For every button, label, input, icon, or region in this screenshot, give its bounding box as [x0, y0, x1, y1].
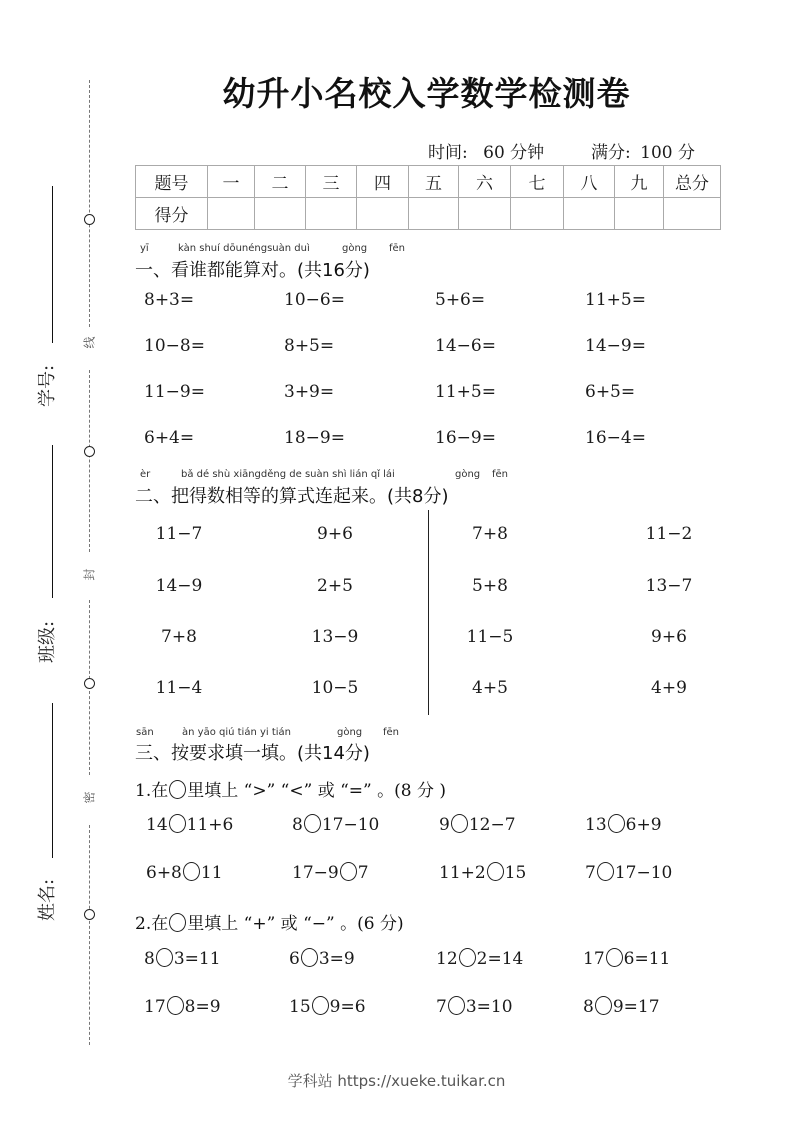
answer-circle[interactable]: [487, 862, 504, 881]
answer-circle[interactable]: [340, 862, 357, 881]
match-item[interactable]: 4+5: [460, 678, 520, 698]
score-cell[interactable]: [615, 198, 664, 230]
problem-row: 1411+6 817−10 912−7 136+9: [144, 814, 724, 862]
operator-problem: 73=10: [436, 996, 513, 1017]
class-line[interactable]: [52, 703, 53, 858]
section-1-heading: 一、看谁都能算对。(共16分): [135, 256, 370, 282]
problem[interactable]: 10−6=: [284, 290, 345, 310]
operator-problem: 63=9: [289, 948, 355, 969]
match-item[interactable]: 11−7: [149, 524, 209, 544]
binding-hole-icon: [84, 214, 95, 225]
problem-row: 11−9= 3+9= 11+5= 6+5=: [144, 382, 724, 428]
section-1-problems: 8+3= 10−6= 5+6= 11+5= 10−8= 8+5= 14−6= 1…: [144, 290, 724, 474]
column-header: 六: [459, 166, 511, 198]
column-header: 八: [564, 166, 615, 198]
time-value: 60 分钟: [483, 143, 544, 163]
cut-line: [89, 370, 90, 552]
compare-problem: 717−10: [585, 862, 672, 883]
score-cell-total[interactable]: [664, 198, 721, 230]
problem-row: 10−8= 8+5= 14−6= 14−9=: [144, 336, 724, 382]
score-table: 题号 一 二 三 四 五 六 七 八 九 总分 得分: [135, 165, 721, 230]
match-item[interactable]: 11−2: [639, 524, 699, 544]
match-item[interactable]: 13−9: [305, 627, 365, 647]
problem[interactable]: 6+4=: [144, 428, 194, 448]
answer-circle[interactable]: [304, 814, 321, 833]
operator-problem: 178=9: [144, 996, 221, 1017]
student-id-label: 学号:: [33, 367, 59, 407]
binding-hole-icon: [84, 446, 95, 457]
row-header-question-number: 题号: [136, 166, 208, 198]
answer-circle[interactable]: [595, 996, 612, 1015]
class-label: 班级:: [33, 623, 59, 663]
part-1-problems: 1411+6 817−10 912−7 136+9 6+811 17−97 11…: [144, 814, 724, 910]
score-cell[interactable]: [564, 198, 615, 230]
pinyin: èr: [140, 469, 150, 480]
answer-circle[interactable]: [597, 862, 614, 881]
section-2-heading: 二、把得数相等的算式连起来。(共8分): [135, 482, 449, 508]
name-label: 姓名:: [33, 881, 59, 921]
pinyin: fēn: [492, 469, 508, 480]
compare-problem: 11+215: [439, 862, 526, 883]
row-header-score: 得分: [136, 198, 208, 230]
cut-word-mi: 密: [81, 789, 98, 807]
part-2-problems: 83=11 63=9 122=14 176=11 178=9 159=6 73=…: [144, 948, 724, 1044]
pinyin: yī: [140, 243, 149, 254]
cut-line: [89, 80, 90, 327]
problem[interactable]: 14−6=: [435, 336, 496, 356]
problem-row: 6+4= 18−9= 16−9= 16−4=: [144, 428, 724, 474]
problem[interactable]: 16−9=: [435, 428, 496, 448]
page-title: 幼升小名校入学数学检测卷: [0, 68, 793, 115]
problem-row: 8+3= 10−6= 5+6= 11+5=: [144, 290, 724, 336]
problem[interactable]: 5+6=: [435, 290, 485, 310]
pinyin: gòng: [337, 727, 362, 738]
match-item[interactable]: 10−5: [305, 678, 365, 698]
problem[interactable]: 11+5=: [585, 290, 646, 310]
answer-circle[interactable]: [606, 948, 623, 967]
score-cell[interactable]: [208, 198, 255, 230]
matching-area: 11−7 9+6 7+8 11−2 14−9 2+5 5+8 13−7 7+8 …: [135, 510, 725, 715]
operator-problem: 122=14: [436, 948, 523, 969]
match-item[interactable]: 9+6: [305, 524, 365, 544]
column-header: 二: [255, 166, 306, 198]
compare-problem: 17−97: [292, 862, 369, 883]
answer-circle[interactable]: [169, 814, 186, 833]
match-item[interactable]: 9+6: [639, 627, 699, 647]
circle-icon: [169, 780, 186, 799]
exam-meta: 时间: 60 分钟 满分: 100 分: [428, 138, 695, 163]
match-item[interactable]: 14−9: [149, 576, 209, 596]
score-cell[interactable]: [255, 198, 306, 230]
problem-row: 6+811 17−97 11+215 717−10: [144, 862, 724, 910]
match-item[interactable]: 7+8: [149, 627, 209, 647]
score-cell[interactable]: [306, 198, 357, 230]
answer-circle[interactable]: [448, 996, 465, 1015]
match-item[interactable]: 13−7: [639, 576, 699, 596]
part-1-instruction: 1.在里填上 “>” “<” 或 “=” 。(8 分 ): [135, 776, 446, 801]
problem-row: 83=11 63=9 122=14 176=11: [144, 948, 724, 996]
answer-circle[interactable]: [156, 948, 173, 967]
pinyin: gòng: [455, 469, 480, 480]
question-number-row: 题号 一 二 三 四 五 六 七 八 九 总分: [136, 166, 721, 198]
pinyin: fēn: [383, 727, 399, 738]
match-item[interactable]: 5+8: [460, 576, 520, 596]
problem[interactable]: 8+3=: [144, 290, 194, 310]
pinyin: fēn: [389, 243, 405, 254]
match-item[interactable]: 7+8: [460, 524, 520, 544]
pinyin: àn yāo qiú tián yi tián: [182, 727, 291, 738]
score-value: 100 分: [640, 143, 695, 163]
operator-problem: 176=11: [583, 948, 670, 969]
compare-problem: 912−7: [439, 814, 516, 835]
cut-line: [89, 825, 90, 1045]
column-header: 七: [511, 166, 564, 198]
operator-problem: 83=11: [144, 948, 221, 969]
binding-margin: 线 封 密 学号: 班级: 姓名:: [0, 0, 120, 1121]
match-item[interactable]: 11−4: [149, 678, 209, 698]
cut-word-xian: 线: [81, 334, 98, 352]
problem[interactable]: 8+5=: [284, 336, 334, 356]
compare-problem: 6+811: [146, 862, 223, 883]
problem[interactable]: 10−8=: [144, 336, 205, 356]
compare-problem: 817−10: [292, 814, 379, 835]
match-item[interactable]: 2+5: [305, 576, 365, 596]
answer-circle[interactable]: [459, 948, 476, 967]
operator-problem: 159=6: [289, 996, 366, 1017]
column-header: 三: [306, 166, 357, 198]
score-cell[interactable]: [459, 198, 511, 230]
operator-problem: 89=17: [583, 996, 660, 1017]
column-header: 四: [357, 166, 409, 198]
score-label: 满分:: [591, 143, 631, 163]
student-id-line[interactable]: [52, 186, 53, 343]
answer-circle[interactable]: [183, 862, 200, 881]
score-row: 得分: [136, 198, 721, 230]
pinyin: kàn shuí dōunéngsuàn duì: [178, 243, 310, 254]
section-3-heading: 三、按要求填一填。(共14分): [135, 739, 370, 765]
column-header: 一: [208, 166, 255, 198]
score-cell[interactable]: [357, 198, 409, 230]
student-id-line[interactable]: [52, 445, 53, 598]
problem[interactable]: 11+5=: [435, 382, 496, 402]
answer-circle[interactable]: [451, 814, 468, 833]
compare-problem: 1411+6: [146, 814, 233, 835]
match-item[interactable]: 4+9: [639, 678, 699, 698]
score-cell[interactable]: [409, 198, 459, 230]
time-label: 时间:: [428, 143, 468, 163]
match-item[interactable]: 11−5: [460, 627, 520, 647]
answer-circle[interactable]: [608, 814, 625, 833]
problem[interactable]: 3+9=: [284, 382, 334, 402]
answer-circle[interactable]: [167, 996, 184, 1015]
circle-icon: [169, 913, 186, 932]
problem[interactable]: 14−9=: [585, 336, 646, 356]
binding-hole-icon: [84, 909, 95, 920]
pinyin: bǎ dé shù xiāngděng de suàn shì lián qǐ …: [181, 469, 395, 480]
pinyin: sān: [136, 727, 154, 738]
problem[interactable]: 6+5=: [585, 382, 635, 402]
column-header-total: 总分: [664, 166, 721, 198]
problem[interactable]: 16−4=: [585, 428, 646, 448]
footer-watermark: 学科站 https://xueke.tuikar.cn: [0, 1070, 793, 1091]
matching-divider: [428, 510, 429, 715]
column-header: 五: [409, 166, 459, 198]
pinyin: gòng: [342, 243, 367, 254]
cut-word-feng: 封: [81, 566, 98, 584]
answer-circle[interactable]: [312, 996, 329, 1015]
column-header: 九: [615, 166, 664, 198]
part-2-instruction: 2.在里填上 “+” 或 “−” 。(6 分): [135, 909, 404, 934]
problem[interactable]: 18−9=: [284, 428, 345, 448]
binding-hole-icon: [84, 678, 95, 689]
problem-row: 178=9 159=6 73=10 89=17: [144, 996, 724, 1044]
compare-problem: 136+9: [585, 814, 662, 835]
answer-circle[interactable]: [301, 948, 318, 967]
score-cell[interactable]: [511, 198, 564, 230]
problem[interactable]: 11−9=: [144, 382, 205, 402]
